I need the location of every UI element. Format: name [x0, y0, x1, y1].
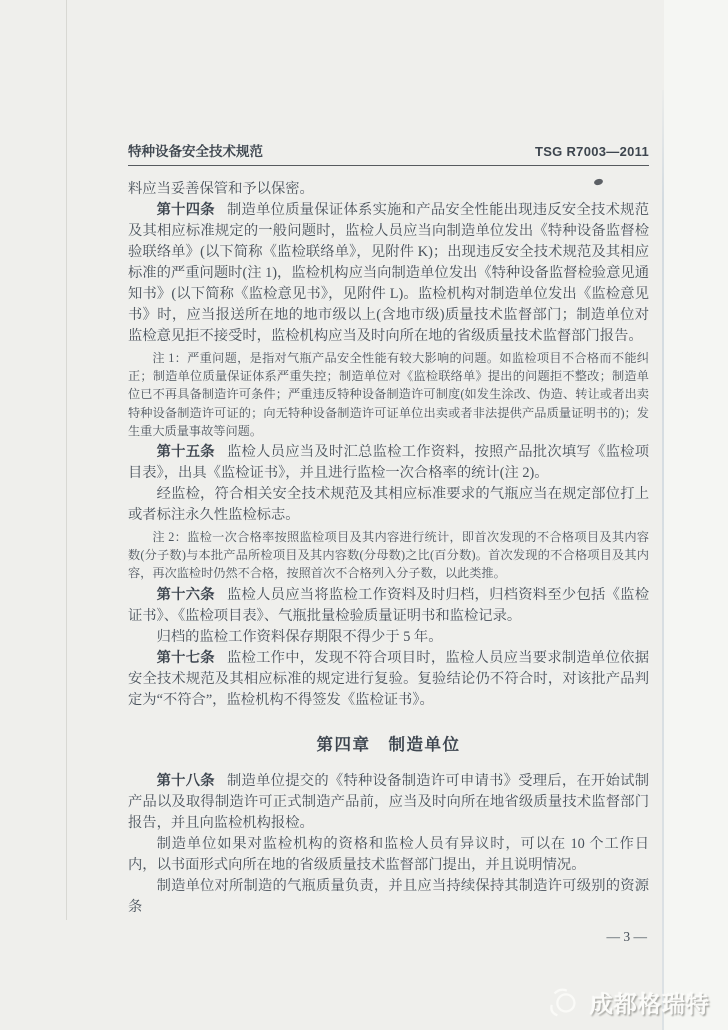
watermark-logo-icon	[545, 984, 583, 1020]
paragraph-quality-responsibility: 制造单位对所制造的气瓶质量负责，并且应当持续保持其制造许可级别的资源条	[128, 876, 649, 918]
paragraph-article-16: 第十六条监检人员应当将监检工作资料及时归档，归档资料至少包括《监检证书》、《监检…	[128, 585, 649, 627]
paragraph-inspection-mark: 经监检，符合相关安全技术规范及其相应标准要求的气瓶应当在规定部位打上或者标注永久…	[128, 484, 649, 526]
note-1: 注 1：严重问题，是指对气瓶产品安全性能有较大影响的问题。如监检项目不合格而不能…	[128, 349, 649, 440]
article-16-number: 第十六条	[157, 587, 215, 603]
paragraph-article-14: 第十四条制造单位质量保证体系实施和产品安全性能出现违反安全技术规范及其相应标准规…	[128, 200, 649, 347]
paragraph-article-17: 第十七条监检工作中，发现不符合项目时，监检人员应当要求制造单位依据安全技术规范及…	[128, 648, 649, 711]
document-header: 特种设备安全技术规范 TSG R7003—2011	[128, 140, 649, 166]
watermark-text: 成都格瑞特	[590, 986, 710, 1019]
article-15-number: 第十五条	[157, 444, 215, 460]
page-number: — 3 —	[128, 929, 649, 945]
paragraph-article-15: 第十五条监检人员应当及时汇总监检工作资料，按照产品批次填写《监检项目表》，出具《…	[128, 442, 649, 484]
watermark: 成都格瑞特	[545, 984, 710, 1020]
note-2: 注 2：监检一次合格率按照监检项目及其内容进行统计，即首次发现的不合格项目及其内…	[128, 528, 649, 583]
scan-edge-strip-right	[664, 0, 728, 1030]
document-body: 料应当妥善保管和予以保密。 第十四条制造单位质量保证体系实施和产品安全性能出现违…	[128, 179, 649, 945]
chapter-4-heading: 第四章 制造单位	[128, 731, 649, 755]
paragraph-article-18: 第十八条制造单位提交的《特种设备制造许可申请书》受理后，在开始试制产品以及取得制…	[128, 771, 649, 834]
scan-edge-line-left	[66, 0, 67, 920]
article-17-number: 第十七条	[157, 650, 215, 666]
article-14-text: 制造单位质量保证体系实施和产品安全性能出现违反安全技术规范及其相应标准规定的一般…	[128, 202, 649, 344]
article-14-number: 第十四条	[157, 202, 215, 218]
scan-edge-line-right	[662, 90, 664, 1030]
scanned-document-page: 特种设备安全技术规范 TSG R7003—2011 料应当妥善保管和予以保密。 …	[0, 0, 728, 1030]
paragraph-archive-period: 归档的监检工作资料保存期限不得少于 5 年。	[128, 627, 649, 648]
article-18-number: 第十八条	[157, 773, 215, 789]
paragraph-continued: 料应当妥善保管和予以保密。	[128, 179, 649, 200]
paragraph-objection: 制造单位如果对监检机构的资格和监检人员有异议时，可以在 10 个工作日内，以书面…	[128, 834, 649, 876]
doc-type-title: 特种设备安全技术规范	[128, 140, 263, 160]
doc-number: TSG R7003—2011	[535, 144, 649, 159]
document-content: 特种设备安全技术规范 TSG R7003—2011 料应当妥善保管和予以保密。 …	[128, 140, 649, 945]
